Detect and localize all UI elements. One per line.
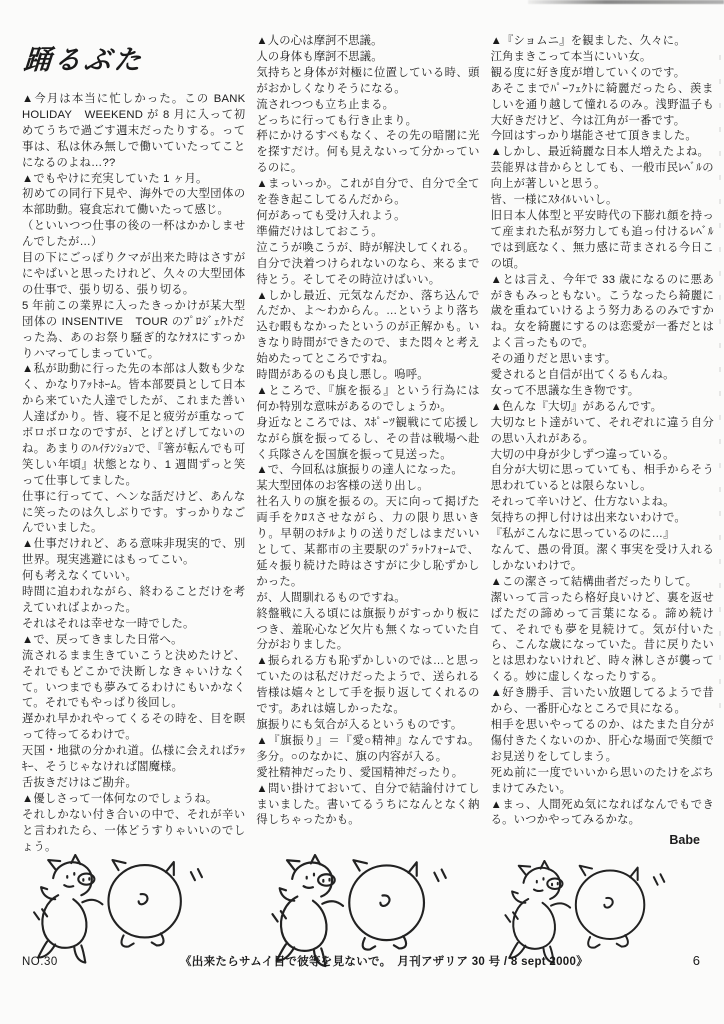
paragraph: ▲『旗振り』＝『愛○精神』なんですね。多分。○のなかに、旗の内容が入る。 愛社精… xyxy=(256,734,479,782)
footer-caption: 《出来たらサムイ目で彼等を見ないで。 月刊アザリア 30 号 / 8 sept … xyxy=(112,953,656,969)
paragraph: ▲しかし、最近綺麗な日本人増えたよね。 芸能界は昔からとしても、一般市民ﾚﾍﾞﾙ… xyxy=(491,145,714,272)
scan-artifact-top xyxy=(528,0,724,4)
paragraph: ▲この潔さって結構曲者だったりして。 潔いって言ったら格好良いけど、裏を返せばた… xyxy=(491,575,714,686)
paragraph: ▲振られる方も恥ずかしいのでは…と思っていたのは私だけだったようで、送られる皆様… xyxy=(256,654,479,734)
paragraph: ▲優しさって一体何なのでしょうね。 それしかない付き合いの中で、それが辛いと言わ… xyxy=(22,792,245,856)
author-signature: Babe xyxy=(491,833,714,847)
dancing-pigs-illustration xyxy=(494,860,670,967)
paragraph: ▲まっいっか。これが自分で、自分で全てを巻き起こしてるんだから。 何があっても受… xyxy=(256,177,479,288)
paragraph: ▲色んな『大切』があるんです。 大切なヒト達がいて、それぞれに違う自分の思い入れ… xyxy=(491,400,714,575)
paragraph: ▲好き勝手、言いたい放題してるようで昔から、一番肝心なところで貝になる。 相手を… xyxy=(491,686,714,797)
column-2: ▲人の心は摩訶不思議。 人の身体も摩訶不思議。 気持ちと身体が対極に位置している… xyxy=(256,34,479,856)
paragraph: ▲とは言え、今年で 33 歳になるのに悪あがきもみっともない。こうなったら綺麗に… xyxy=(491,273,714,400)
paragraph: ▲しかし最近、元気なんだか、落ち込んでんだか、よ〜わからん。…というより落ち込む… xyxy=(256,289,479,384)
page-footer: NO.30 《出来たらサムイ目で彼等を見ないで。 月刊アザリア 30 号 / 8… xyxy=(22,953,706,969)
paragraph: ▲今月は本当に忙しかった。この BANK HOLIDAY WEEKEND が 8… xyxy=(22,92,245,172)
paragraph: ▲でもやけに充実していた 1 ヶ月。 初めての同行下見や、海外での大型団体の本部… xyxy=(22,172,245,363)
paragraph: ▲で、戻ってきました日常へ。 流されるまま生きていこうと決めたけど、それでもどこ… xyxy=(22,633,245,792)
column-3: ▲『ショムニ』を観ました、久々に。 江角まきこって本当にいい女。 観る度に好き度… xyxy=(491,34,714,856)
column-1: 踊るぶた ▲今月は本当に忙しかった。この BANK HOLIDAY WEEKEN… xyxy=(22,34,245,856)
issue-number: NO.30 xyxy=(22,956,112,968)
paragraph: ▲『ショムニ』を観ました、久々に。 江角まきこって本当にいい女。 観る度に好き度… xyxy=(491,34,714,145)
dancing-pigs-illustration xyxy=(22,854,208,967)
page-number: 6 xyxy=(656,953,706,968)
paragraph: ▲私が助動に行った先の本部は人数も少なく、かなりｱｯﾄﾎｰﾑ。皆本部要員として日… xyxy=(22,362,245,537)
paragraph: ▲ところで、『旗を振る』という行為には何か特別な意味があるのでしょうか。 身近な… xyxy=(256,384,479,464)
paragraph: ▲まっ、人間死ぬ気になればなんでもできる。いつかやってみるかな。 xyxy=(491,798,714,830)
paragraph: ▲問い掛けておいて、自分で結論付けてしまいました。書いてるうちになんとなく納得し… xyxy=(256,782,479,830)
zine-page: 踊るぶた ▲今月は本当に忙しかった。この BANK HOLIDAY WEEKEN… xyxy=(0,0,724,1024)
page-title: 踊るぶた xyxy=(23,38,247,77)
text-columns: 踊るぶた ▲今月は本当に忙しかった。この BANK HOLIDAY WEEKEN… xyxy=(22,34,714,856)
paragraph: ▲で、今回私は旗振りの達人になった。 某大型団体のお客様の送り出し。 社名入りの… xyxy=(256,463,479,654)
scan-artifact-right-edge xyxy=(719,55,721,715)
paragraph: ▲人の心は摩訶不思議。 人の身体も摩訶不思議。 気持ちと身体が対極に位置している… xyxy=(256,34,479,177)
paragraph: ▲仕事だけれど、ある意味非現実的で、別世界。現実逃避にはもってこい。 何も考えな… xyxy=(22,537,245,632)
